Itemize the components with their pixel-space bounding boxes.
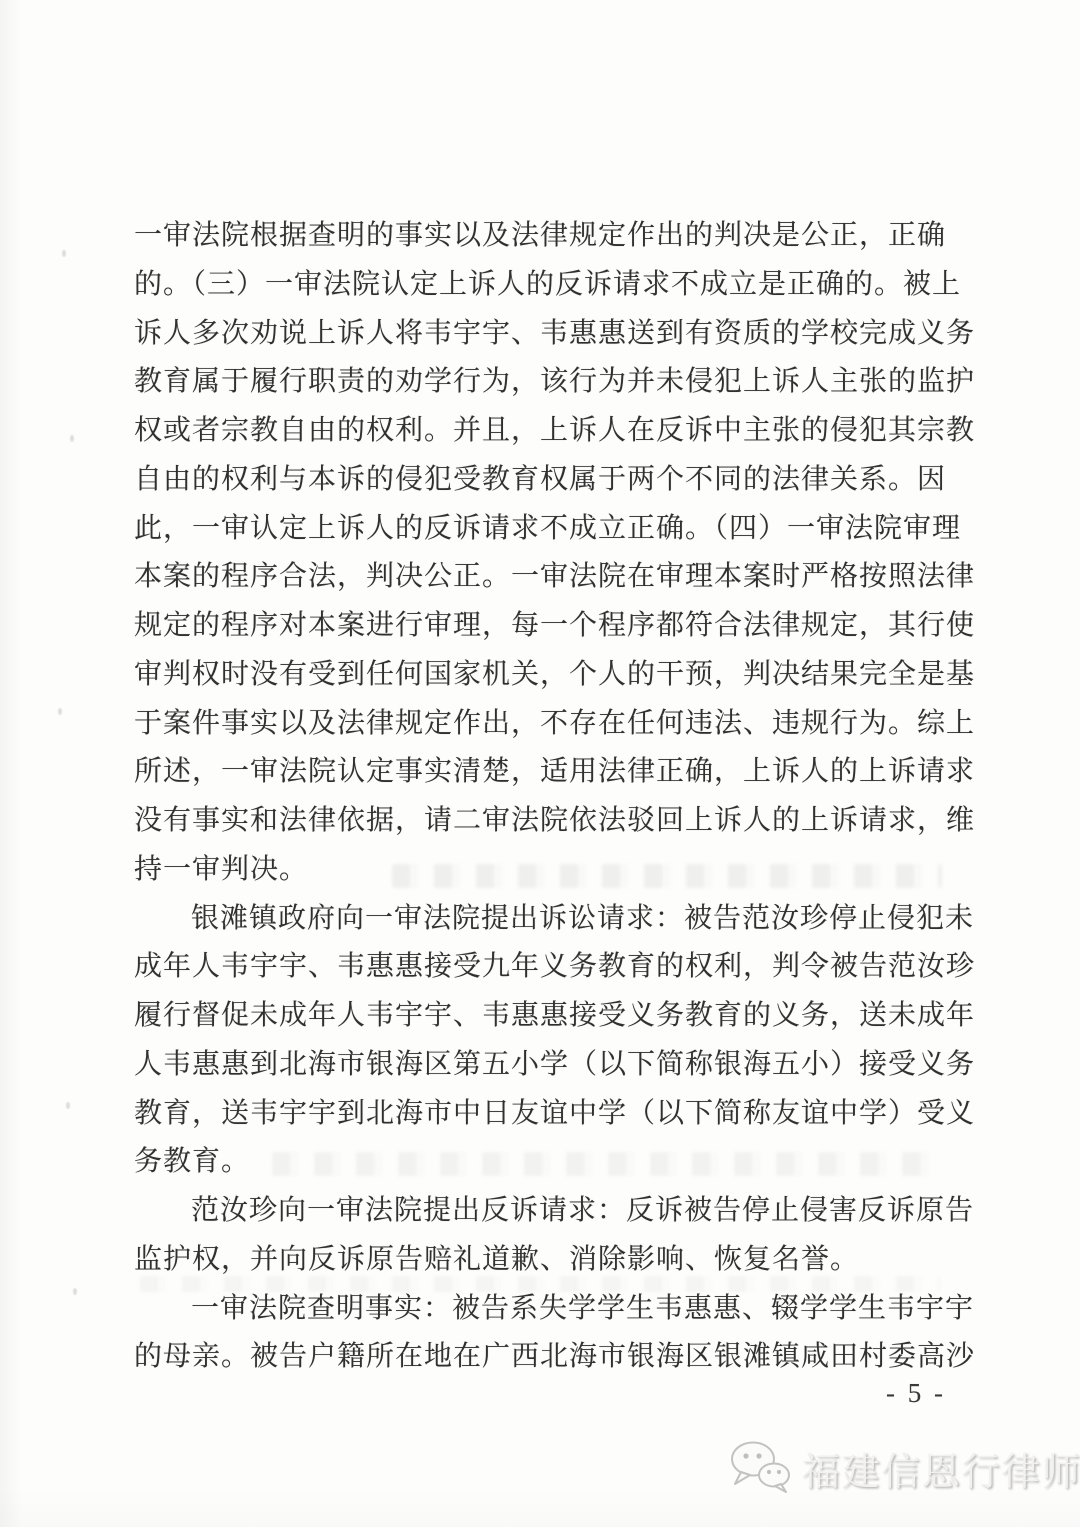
document-line: 审判权时没有受到任何国家机关，个人的干预，判决结果完全是基	[134, 651, 946, 700]
document-line: 范汝珍向一审法院提出反诉请求：反诉被告停止侵害反诉原告	[134, 1187, 946, 1236]
document-line: 的。（三）一审法院认定上诉人的反诉请求不成立是正确的。被上	[134, 261, 946, 310]
law-firm-name: 福建信恩行律师事务所	[802, 1441, 1080, 1496]
document-line: 教育，送韦宇宇到北海市中日友谊中学（以下简称友谊中学）受义	[134, 1090, 946, 1139]
scan-speck	[73, 1288, 77, 1295]
document-line: 规定的程序对本案进行审理，每一个程序都符合法律规定，其行使	[134, 602, 946, 651]
scanned-document-page: 一审法院根据查明的事实以及法律规定作出的判决是公正，正确的。（三）一审法院认定上…	[0, 0, 1080, 1527]
document-line: 持一审判决。	[134, 846, 946, 895]
document-line: 成年人韦宇宇、韦惠惠接受九年义务教育的权利，判令被告范汝珍	[134, 943, 946, 992]
wechat-logo-icon	[728, 1438, 792, 1499]
document-line: 本案的程序合法，判决公正。一审法院在审理本案时严格按照法律	[134, 553, 946, 602]
document-line: 于案件事实以及法律规定作出，不存在任何违法、违规行为。综上	[134, 700, 946, 749]
document-line: 银滩镇政府向一审法院提出诉讼请求：被告范汝珍停止侵犯未	[134, 895, 946, 944]
document-line: 没有事实和法律依据，请二审法院依法驳回上诉人的上诉请求，维	[134, 797, 946, 846]
document-line: 的母亲。被告户籍所在地在广西北海市银海区银滩镇咸田村委高沙	[134, 1333, 946, 1382]
document-line: 一审法院根据查明的事实以及法律规定作出的判决是公正，正确	[134, 212, 946, 261]
scan-speck	[70, 435, 74, 442]
document-line: 自由的权利与本诉的侵犯受教育权属于两个不同的法律关系。因	[134, 456, 946, 505]
document-line: 此，一审认定上诉人的反诉请求不成立正确。（四）一审法院审理	[134, 505, 946, 554]
document-line: 监护权，并向反诉原告赔礼道歉、消除影响、恢复名誉。	[134, 1236, 946, 1285]
document-line: 履行督促未成年人韦宇宇、韦惠惠接受义务教育的义务，送未成年	[134, 992, 946, 1041]
document-line: 诉人多次劝说上诉人将韦宇宇、韦惠惠送到有资质的学校完成义务	[134, 310, 946, 359]
scan-speck	[62, 250, 66, 257]
scan-speck	[58, 708, 62, 715]
document-line: 人韦惠惠到北海市银海区第五小学（以下简称银海五小）接受义务	[134, 1041, 946, 1090]
law-firm-watermark: 福建信恩行律师事务所	[728, 1438, 1080, 1499]
page-number: - 5 -	[134, 1378, 946, 1409]
document-line: 一审法院查明事实：被告系失学学生韦惠惠、辍学学生韦宇宇	[134, 1285, 946, 1334]
document-line: 权或者宗教自由的权利。并且，上诉人在反诉中主张的侵犯其宗教	[134, 407, 946, 456]
document-line: 务教育。	[134, 1138, 946, 1187]
scan-speck	[66, 1102, 70, 1109]
document-body: 一审法院根据查明的事实以及法律规定作出的判决是公正，正确的。（三）一审法院认定上…	[134, 212, 946, 1382]
document-line: 所述，一审法院认定事实清楚，适用法律正确，上诉人的上诉请求	[134, 748, 946, 797]
document-line: 教育属于履行职责的劝学行为，该行为并未侵犯上诉人主张的监护	[134, 358, 946, 407]
